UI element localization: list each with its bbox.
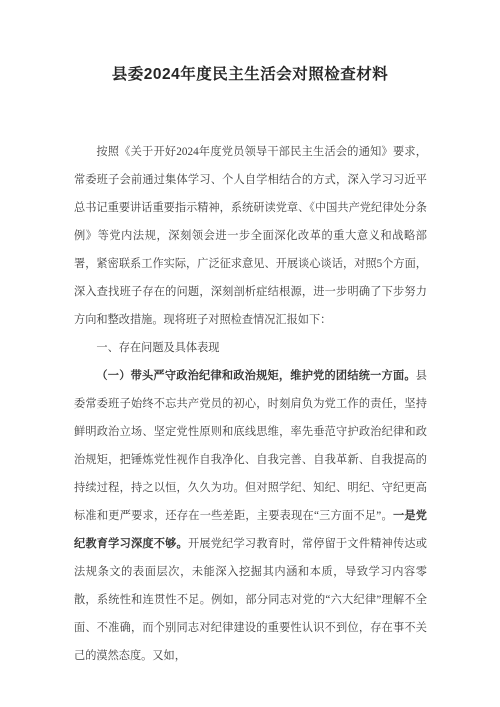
paragraph-section-1-heading: 一、存在问题及具体表现 bbox=[74, 334, 427, 362]
paragraph-intro-paragraph: 按照《关于开好2024年度党员领导干部民主生活会的通知》要求，常委班子会前通过集… bbox=[74, 138, 427, 334]
text-run: （一）带头严守政治纪律和政治规矩，维护党的团结统一方面。 bbox=[96, 370, 415, 382]
paragraph-section-1-1-paragraph: （一）带头严守政治纪律和政治规矩，维护党的团结统一方面。县委常委班子始终不忘共产… bbox=[74, 362, 427, 670]
document-body: 按照《关于开好2024年度党员领导干部民主生活会的通知》要求，常委班子会前通过集… bbox=[74, 138, 427, 670]
document-page: 县委2024年度民主生活会对照检查材料 按照《关于开好2024年度党员领导干部民… bbox=[0, 0, 500, 707]
text-run: 按照《关于开好2024年度党员领导干部民主生活会的通知》要求，常委班子会前通过集… bbox=[74, 146, 427, 326]
text-run: 一、存在问题及具体表现 bbox=[96, 342, 219, 354]
text-run: 县委常委班子始终不忘共产党员的初心，时刻肩负为党工作的责任，坚持鲜明政治立场、坚… bbox=[74, 370, 427, 522]
text-run: 开展党纪学习教育时，常停留于文件精神传达或法规条文的表面层次，未能深入挖掘其内涵… bbox=[74, 538, 427, 662]
document-title: 县委2024年度民主生活会对照检查材料 bbox=[0, 62, 500, 84]
